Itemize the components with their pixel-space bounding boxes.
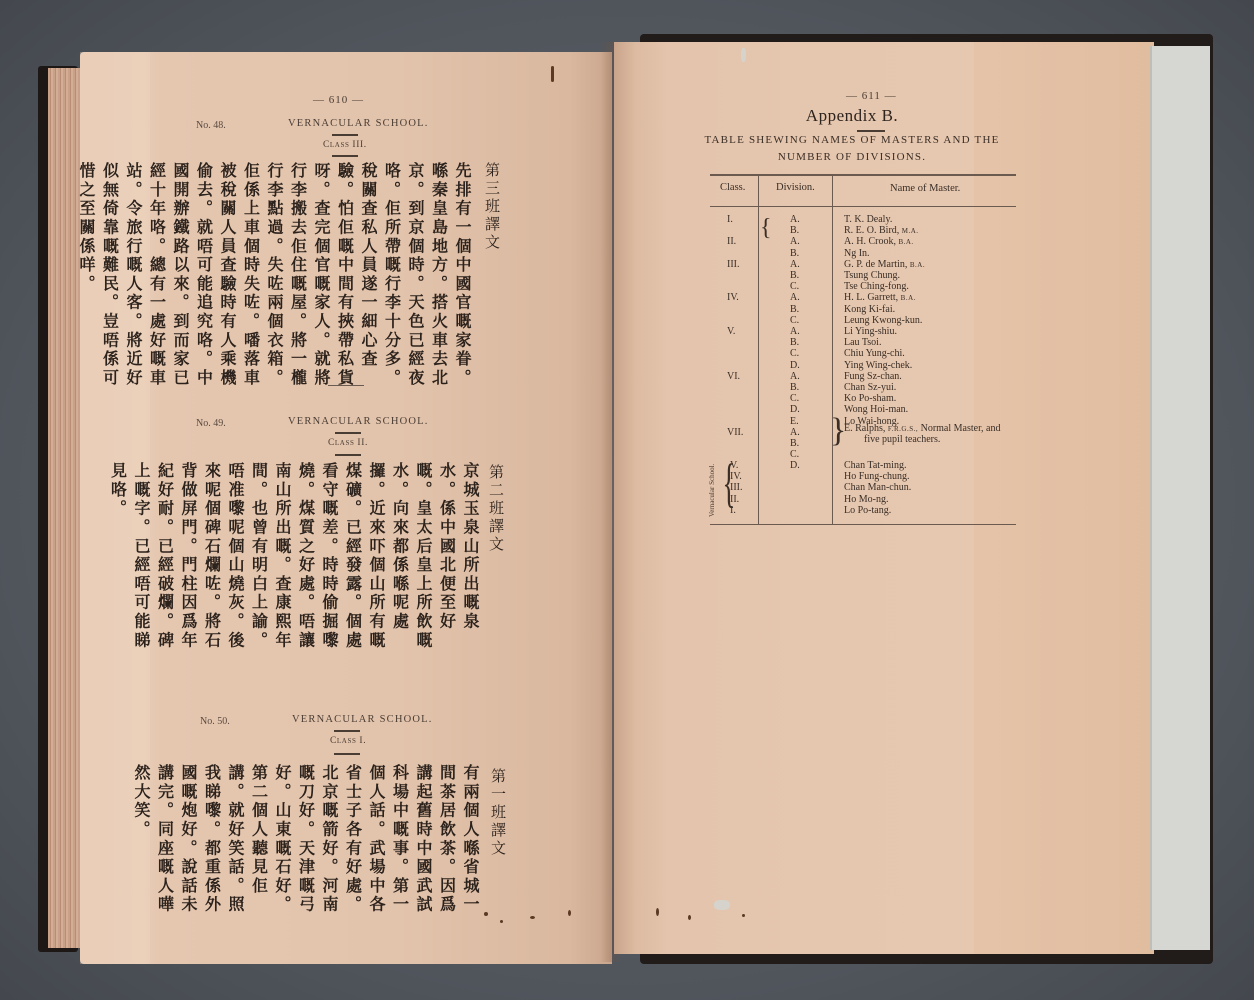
section-title: VERNACULAR SCHOOL. (288, 416, 429, 427)
class-cell: III. (727, 259, 740, 270)
division-cell: E. (790, 416, 799, 427)
title-rule (335, 454, 361, 456)
class-cell: IV. (727, 292, 739, 303)
division-cell: B. (790, 225, 799, 236)
master-name: Ying Wing-chek. (844, 360, 912, 371)
column-rule (832, 174, 833, 524)
worm-hole (688, 915, 691, 920)
master-name: Chiu Yung-chi. (844, 348, 905, 359)
division-cell: D. (790, 460, 800, 471)
chinese-text-block: 京城玉泉山所出嘅泉水。係中國北便至好嘅。皇太后皇上所飲嘅水。向來都係喺呢處攞。近… (250, 462, 482, 662)
section-number: No. 50. (200, 716, 230, 727)
division-cell: C. (790, 315, 799, 326)
division-cell: C. (790, 449, 799, 460)
appendix-title: Appendix B. (582, 106, 1122, 126)
title-rule (332, 134, 358, 136)
division-cell: A. (790, 214, 800, 225)
worm-hole (741, 48, 746, 62)
vernacular-master-cell: Ho Fung-chung. (844, 471, 910, 482)
division-cell: A. (790, 292, 800, 303)
vernacular-master-cell: Chan Man-chun. (844, 482, 911, 493)
section-divider (328, 385, 364, 386)
master-name: Ng In. (844, 248, 870, 259)
class-cell: VII. (727, 427, 743, 438)
section-number: No. 48. (196, 120, 226, 131)
division-cell: D. (790, 404, 800, 415)
column-rule (758, 174, 759, 524)
chinese-text-block: 先排有一個中國官嘅家眷。喺秦皇島地方。搭火車去北京。到京個時。天色已經夜咯。佢所… (194, 162, 474, 404)
division-cell: A. (790, 259, 800, 270)
vernacular-class-cell: III. (730, 482, 743, 493)
master-name: Leung Kwong-kun. (844, 315, 922, 326)
master-name: Lau Tsoi. (844, 337, 881, 348)
worm-hole (500, 920, 503, 923)
flyleaf (1150, 46, 1210, 950)
class-cell: V. (727, 326, 735, 337)
section-title: VERNACULAR SCHOOL. (292, 714, 433, 725)
translation-heading: 第三班譯文 (482, 162, 503, 252)
worm-hole (714, 900, 730, 910)
right-page: — 611 — Appendix B. TABLE SHEWING NAMES … (614, 42, 1154, 954)
column-header-class: Class. (720, 182, 745, 193)
vernacular-class-cell: I. (730, 505, 736, 516)
master-name: R. E. O. Bird, (844, 225, 899, 236)
division-cell: C. (790, 348, 799, 359)
master-name: G. P. de Martin, (844, 259, 907, 270)
master-name: H. L. Garrett, (844, 292, 898, 303)
master-name: Chan Sz-yui. (844, 382, 896, 393)
table-bottom-rule (710, 524, 1016, 525)
vernacular-class-cell: V. (730, 460, 738, 471)
title-rule (334, 730, 360, 732)
table-top-rule (710, 174, 1016, 176)
translation-heading: 第一班譯文 (488, 768, 509, 858)
worm-hole (568, 910, 571, 916)
page-number: — 610 — (313, 94, 364, 106)
title-rule (335, 432, 361, 434)
master-name: Tse Ching-fong. (844, 281, 909, 292)
worm-hole (484, 912, 488, 916)
master-name: Li Ying-shiu. (844, 326, 897, 337)
division-cell: B. (790, 337, 799, 348)
master-name: Ko Po-sham. (844, 393, 896, 404)
header-rule (710, 206, 1016, 207)
class-cell: I. (727, 214, 733, 225)
master-degree: B.A. (898, 238, 913, 246)
division-cell: B. (790, 382, 799, 393)
vernacular-class-cell: II. (730, 494, 739, 505)
master-name: Fung Sz-chan. (844, 371, 902, 382)
left-page: — 610 — No. 48. VERNACULAR SCHOOL. Class… (80, 52, 612, 964)
vernacular-school-label: Vernacular School. (708, 457, 716, 517)
column-header-master: Name of Master. (890, 183, 960, 194)
section-class: Class III. (323, 140, 367, 150)
division-cell: C. (790, 393, 799, 404)
master-name: T. K. Dealy. (844, 214, 892, 225)
division-cell: A. (790, 427, 800, 438)
master-cell-vii-line2: five pupil teachers. (864, 434, 940, 445)
section-title: VERNACULAR SCHOOL. (288, 118, 429, 129)
section-number: No. 49. (196, 418, 226, 429)
vernacular-master-cell: Chan Tat-ming. (844, 460, 906, 471)
section-class: Class I. (330, 736, 366, 746)
worm-hole (742, 914, 745, 917)
page-discoloration (974, 42, 1154, 954)
column-header-division: Division. (776, 182, 815, 193)
class-cell: II. (727, 236, 736, 247)
division-cell: A. (790, 236, 800, 247)
translation-heading: 第二班譯文 (486, 464, 507, 554)
vernacular-master-cell: Lo Po-tang. (844, 505, 891, 516)
division-cell: B. (790, 304, 799, 315)
master-degree: M.A. (902, 227, 919, 235)
division-cell: C. (790, 281, 799, 292)
master-name: A. H. Crook, (844, 236, 896, 247)
division-cell: B. (790, 248, 799, 259)
title-rule (332, 155, 358, 157)
page-number: — 611 — (846, 90, 897, 102)
master-name: Wong Hoi-man. (844, 404, 908, 415)
division-cell: B. (790, 270, 799, 281)
worm-hole (656, 908, 659, 916)
vernacular-master-cell: Ho Mo-ng. (844, 494, 888, 505)
division-cell: D. (790, 360, 800, 371)
ink-mark (551, 66, 554, 82)
brace-icon: { (760, 216, 772, 240)
table-subtitle-line2: NUMBER OF DIVISIONS. (582, 149, 1122, 166)
worm-hole (530, 916, 535, 919)
section-class: Class II. (328, 438, 368, 448)
vernacular-class-cell: IV. (730, 471, 742, 482)
table-subtitle-line1: TABLE SHEWING NAMES OF MASTERS AND THE (582, 132, 1122, 149)
division-cell: A. (790, 371, 800, 382)
master-name: Kong Ki-fai. (844, 304, 895, 315)
master-degree: B.A. (901, 294, 916, 302)
title-rule (334, 753, 360, 755)
division-cell: A. (790, 326, 800, 337)
master-name: Tsung Chung. (844, 270, 900, 281)
chinese-text-block: 有兩個人喺省城一間茶居飲茶。因爲講起舊時中國武試科場中嘅事。第一個人話。武場中各… (200, 764, 482, 922)
master-degree: B.A. (910, 261, 925, 269)
class-cell: VI. (727, 371, 740, 382)
division-cell: B. (790, 438, 799, 449)
